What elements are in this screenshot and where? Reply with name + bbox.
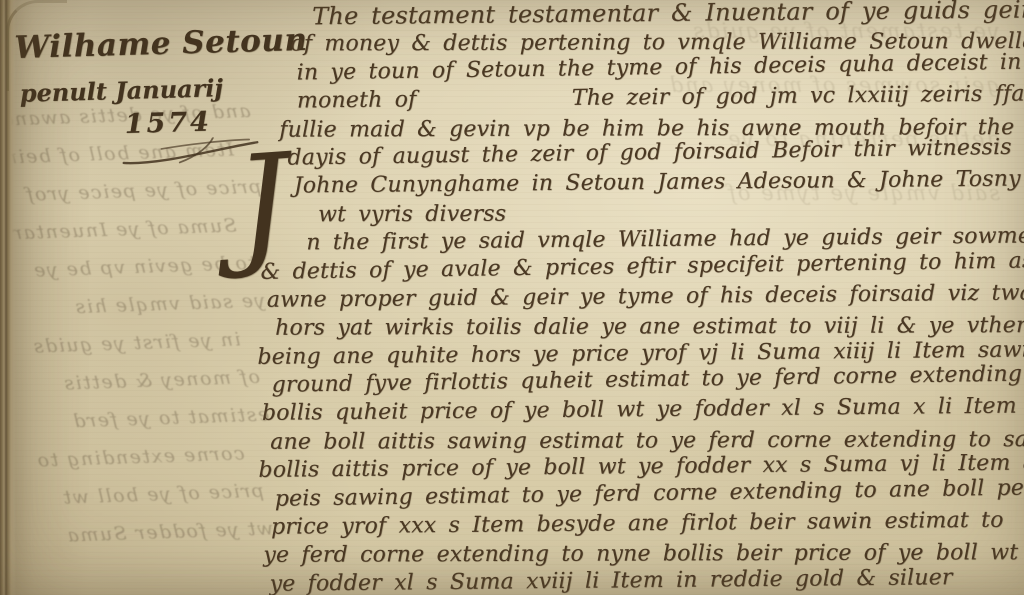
bleedthrough-line: estimat to ye ferd <box>9 395 270 442</box>
bleedthrough-line: in ye first ye guids <box>6 320 241 366</box>
bleedthrough-line: price of ye boll wt <box>11 472 264 519</box>
bleedthrough-line: to be gevin vp be ye <box>3 244 256 291</box>
manuscript-text-block: The testament testamentar & Inuentar of … <box>242 0 1024 595</box>
bleedthrough-line: Suma of ye Inuentar <box>2 206 237 252</box>
text-line: hors yat wirkis toilis dalie ye ane esti… <box>275 312 1024 343</box>
text-line: wt vyris diverss <box>318 198 1024 229</box>
bleedthrough-line: corne extending to <box>10 434 245 480</box>
bleedthrough-line: of money & dettis <box>7 358 260 405</box>
bleedthrough-line: ye said vmqle his <box>5 282 266 329</box>
bleedthrough-line: price of ye peice yrof <box>1 168 262 215</box>
text-line: The testament testamentar & Inuentar of … <box>312 0 1024 31</box>
manuscript-page: ye testament of ye guids geir sowmes of … <box>0 0 1024 595</box>
text-line: ane boll aittis sawing estimat to ye fer… <box>270 426 1024 457</box>
text-line: ye ferd corne extending to nyne bollis b… <box>263 539 1024 570</box>
bleedthrough-line: wt ye fodder Suma <box>13 509 274 556</box>
